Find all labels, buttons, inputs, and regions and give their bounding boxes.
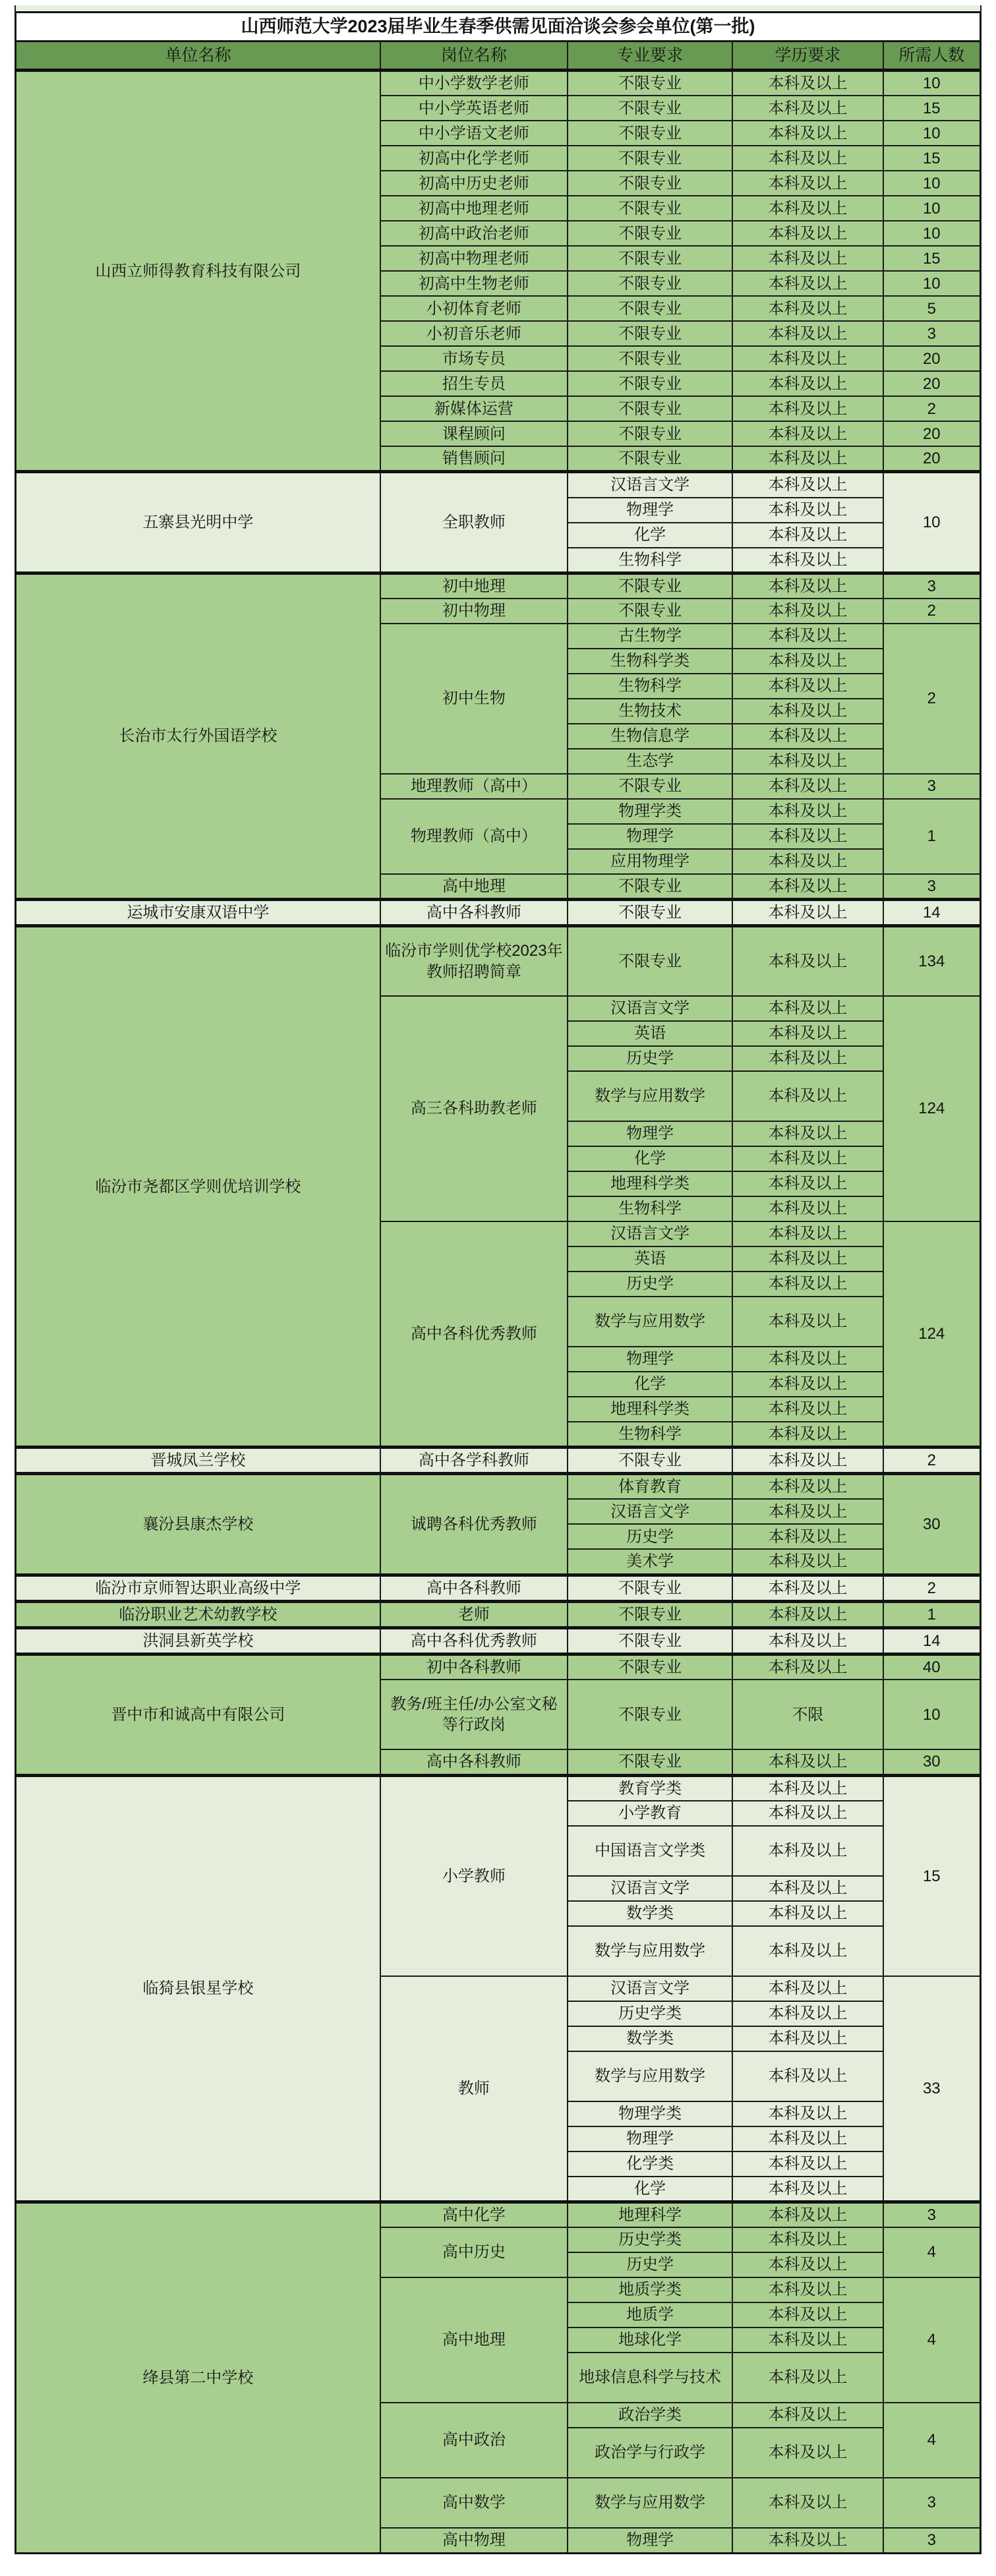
education-cell: 本科及以上 [732, 749, 883, 774]
page: 山西师范大学2023届毕业生春季供需见面洽谈会参会单位(第一批) 单位名称 岗位… [0, 0, 996, 2567]
count-cell: 3 [883, 774, 981, 799]
position-cell: 老师 [380, 1601, 568, 1627]
major-cell: 生物科学 [568, 548, 732, 573]
education-cell: 本科及以上 [732, 624, 883, 649]
education-cell: 本科及以上 [732, 849, 883, 874]
major-cell: 生物科学 [568, 674, 732, 699]
major-cell: 美术学 [568, 1549, 732, 1575]
table-row: 运城市安康双语中学高中各科教师不限专业本科及以上14 [16, 900, 981, 926]
education-cell: 本科及以上 [732, 523, 883, 548]
position-cell: 初中地理 [380, 573, 568, 599]
count-cell: 10 [883, 1680, 981, 1749]
count-cell: 15 [883, 1775, 981, 1976]
count-cell: 2 [883, 1448, 981, 1474]
education-cell: 本科及以上 [732, 2227, 883, 2252]
position-cell: 诚聘各科优秀教师 [380, 1474, 568, 1575]
major-cell: 不限专业 [568, 874, 732, 900]
education-cell: 本科及以上 [732, 96, 883, 121]
count-cell: 5 [883, 296, 981, 321]
education-cell: 本科及以上 [732, 1601, 883, 1627]
count-cell: 1 [883, 1601, 981, 1627]
company-cell: 五寨县光明中学 [16, 472, 380, 573]
education-cell: 本科及以上 [732, 2001, 883, 2026]
education-cell: 本科及以上 [732, 874, 883, 900]
major-cell: 物理学 [568, 824, 732, 849]
count-cell: 3 [883, 2202, 981, 2227]
education-cell: 本科及以上 [732, 1196, 883, 1221]
position-cell: 初高中政治老师 [380, 221, 568, 246]
major-cell: 化学 [568, 1372, 732, 1397]
count-cell: 3 [883, 321, 981, 346]
education-cell: 本科及以上 [732, 674, 883, 699]
education-cell: 本科及以上 [732, 221, 883, 246]
position-cell: 招生专员 [380, 371, 568, 396]
count-cell: 10 [883, 472, 981, 573]
count-cell: 3 [883, 573, 981, 599]
education-cell: 本科及以上 [732, 1499, 883, 1524]
education-cell: 本科及以上 [732, 1524, 883, 1549]
major-cell: 数学类 [568, 2026, 732, 2051]
position-cell: 小初体育老师 [380, 296, 568, 321]
major-cell: 生物科学类 [568, 649, 732, 674]
major-cell: 不限专业 [568, 573, 732, 599]
position-cell: 小初音乐老师 [380, 321, 568, 346]
count-cell: 10 [883, 171, 981, 196]
major-cell: 生物科学 [568, 1422, 732, 1448]
education-cell: 本科及以上 [732, 1901, 883, 1926]
major-cell: 化学 [568, 523, 732, 548]
position-cell: 全职教师 [380, 472, 568, 573]
major-cell: 生物科学 [568, 1196, 732, 1221]
count-cell: 15 [883, 246, 981, 271]
major-cell: 体育教育 [568, 1474, 732, 1500]
education-cell: 本科及以上 [732, 1422, 883, 1448]
major-cell: 物理学类 [568, 799, 732, 824]
education-cell: 本科及以上 [732, 1627, 883, 1654]
position-cell: 高中各科教师 [380, 1749, 568, 1775]
education-cell: 本科及以上 [732, 599, 883, 624]
education-cell: 本科及以上 [732, 1654, 883, 1680]
major-cell: 汉语言文学 [568, 1221, 732, 1246]
major-cell: 汉语言文学 [568, 1876, 732, 1901]
table-head: 山西师范大学2023届毕业生春季供需见面洽谈会参会单位(第一批) 单位名称 岗位… [16, 13, 981, 71]
major-cell: 化学 [568, 2177, 732, 2202]
education-cell: 本科及以上 [732, 421, 883, 446]
company-cell: 洪洞县新英学校 [16, 1627, 380, 1654]
major-cell: 地理科学 [568, 2202, 732, 2227]
count-cell: 15 [883, 146, 981, 171]
education-cell: 本科及以上 [732, 1372, 883, 1397]
education-cell: 本科及以上 [732, 2177, 883, 2202]
major-cell: 物理学 [568, 1347, 732, 1372]
education-cell: 本科及以上 [732, 171, 883, 196]
major-cell: 不限专业 [568, 1627, 732, 1654]
education-cell: 本科及以上 [732, 699, 883, 724]
major-cell: 地球化学 [568, 2327, 732, 2353]
major-cell: 物理学 [568, 1121, 732, 1146]
count-cell: 2 [883, 396, 981, 421]
position-cell: 高中各科教师 [380, 900, 568, 926]
education-cell: 不限 [732, 1680, 883, 1749]
education-cell: 本科及以上 [732, 2403, 883, 2428]
education-cell: 本科及以上 [732, 900, 883, 926]
major-cell: 古生物学 [568, 624, 732, 649]
major-cell: 不限专业 [568, 1680, 732, 1749]
table-row: 绛县第二中学校高中化学地理科学本科及以上3 [16, 2202, 981, 2227]
position-cell: 高中各学科教师 [380, 1448, 568, 1474]
major-cell: 不限专业 [568, 96, 732, 121]
title-row: 山西师范大学2023届毕业生春季供需见面洽谈会参会单位(第一批) [16, 13, 981, 42]
company-cell: 山西立师得教育科技有限公司 [16, 71, 380, 472]
count-cell: 10 [883, 71, 981, 96]
major-cell: 英语 [568, 1021, 732, 1046]
major-cell: 不限专业 [568, 446, 732, 472]
major-cell: 英语 [568, 1246, 732, 1272]
education-cell: 本科及以上 [732, 2152, 883, 2177]
count-cell: 10 [883, 196, 981, 221]
major-cell: 不限专业 [568, 1749, 732, 1775]
education-cell: 本科及以上 [732, 1021, 883, 1046]
major-cell: 数学与应用数学 [568, 1071, 732, 1121]
header-row: 单位名称 岗位名称 专业要求 学历要求 所需人数 [16, 42, 981, 71]
position-cell: 高中物理 [380, 2528, 568, 2553]
major-cell: 不限专业 [568, 321, 732, 346]
count-cell: 10 [883, 121, 981, 146]
education-cell: 本科及以上 [732, 996, 883, 1021]
position-cell: 初高中地理老师 [380, 196, 568, 221]
education-cell: 本科及以上 [732, 2277, 883, 2302]
position-cell: 高中数学 [380, 2478, 568, 2528]
table-row: 洪洞县新英学校高中各科优秀教师不限专业本科及以上14 [16, 1627, 981, 1654]
position-cell: 高中各科教师 [380, 1575, 568, 1601]
major-cell: 生物信息学 [568, 724, 732, 749]
education-cell: 本科及以上 [732, 2353, 883, 2403]
education-cell: 本科及以上 [732, 573, 883, 599]
major-cell: 不限专业 [568, 346, 732, 371]
education-cell: 本科及以上 [732, 1146, 883, 1171]
position-cell: 高中政治 [380, 2403, 568, 2478]
major-cell: 历史学 [568, 2252, 732, 2277]
position-cell: 地理教师（高中） [380, 774, 568, 799]
education-cell: 本科及以上 [732, 1826, 883, 1876]
position-cell: 初中生物 [380, 624, 568, 774]
position-cell: 初中物理 [380, 599, 568, 624]
major-cell: 历史学 [568, 1524, 732, 1549]
major-cell: 不限专业 [568, 121, 732, 146]
count-cell: 4 [883, 2403, 981, 2478]
header-count: 所需人数 [883, 42, 981, 71]
education-cell: 本科及以上 [732, 1474, 883, 1500]
major-cell: 教育学类 [568, 1775, 732, 1801]
position-cell: 销售顾问 [380, 446, 568, 472]
count-cell: 20 [883, 346, 981, 371]
count-cell: 20 [883, 446, 981, 472]
count-cell: 14 [883, 1627, 981, 1654]
major-cell: 不限专业 [568, 1448, 732, 1474]
major-cell: 不限专业 [568, 371, 732, 396]
education-cell: 本科及以上 [732, 2126, 883, 2152]
position-cell: 高三各科助教老师 [380, 996, 568, 1221]
education-cell: 本科及以上 [732, 1448, 883, 1474]
major-cell: 不限专业 [568, 1601, 732, 1627]
job-fair-table: 山西师范大学2023届毕业生春季供需见面洽谈会参会单位(第一批) 单位名称 岗位… [15, 11, 981, 2554]
company-cell: 临汾市京师智达职业高级中学 [16, 1575, 380, 1601]
education-cell: 本科及以上 [732, 296, 883, 321]
count-cell: 33 [883, 1976, 981, 2202]
major-cell: 不限专业 [568, 599, 732, 624]
major-cell: 不限专业 [568, 1654, 732, 1680]
position-cell: 中小学语文老师 [380, 121, 568, 146]
education-cell: 本科及以上 [732, 1575, 883, 1601]
count-cell: 2 [883, 599, 981, 624]
position-cell: 小学教师 [380, 1775, 568, 1976]
major-cell: 汉语言文学 [568, 1976, 732, 2001]
table-row: 晋中市和诚高中有限公司初中各科教师不限专业本科及以上40 [16, 1654, 981, 1680]
education-cell: 本科及以上 [732, 446, 883, 472]
education-cell: 本科及以上 [732, 2327, 883, 2353]
education-cell: 本科及以上 [732, 1926, 883, 1976]
position-cell: 初高中化学老师 [380, 146, 568, 171]
count-cell: 30 [883, 1749, 981, 1775]
position-cell: 初高中物理老师 [380, 246, 568, 271]
major-cell: 不限专业 [568, 146, 732, 171]
education-cell: 本科及以上 [732, 1976, 883, 2001]
major-cell: 物理学 [568, 2528, 732, 2553]
major-cell: 不限专业 [568, 221, 732, 246]
education-cell: 本科及以上 [732, 649, 883, 674]
education-cell: 本科及以上 [732, 396, 883, 421]
education-cell: 本科及以上 [732, 1121, 883, 1146]
major-cell: 数学与应用数学 [568, 2051, 732, 2101]
education-cell: 本科及以上 [732, 1397, 883, 1422]
education-cell: 本科及以上 [732, 2428, 883, 2478]
major-cell: 地球信息科学与技术 [568, 2353, 732, 2403]
major-cell: 生态学 [568, 749, 732, 774]
major-cell: 汉语言文学 [568, 1499, 732, 1524]
company-cell: 晋城凤兰学校 [16, 1448, 380, 1474]
company-cell: 晋中市和诚高中有限公司 [16, 1654, 380, 1775]
table-row: 晋城凤兰学校高中各学科教师不限专业本科及以上2 [16, 1448, 981, 1474]
table-row: 襄汾县康杰学校诚聘各科优秀教师体育教育本科及以上30 [16, 1474, 981, 1500]
position-cell: 市场专员 [380, 346, 568, 371]
table-body: 山西立师得教育科技有限公司中小学数学老师不限专业本科及以上10中小学英语老师不限… [16, 71, 981, 2554]
top-edge-strip [15, 5, 981, 11]
count-cell: 20 [883, 371, 981, 396]
position-cell: 高中地理 [380, 2277, 568, 2403]
table-row: 临汾市尧都区学则优培训学校临汾市学则优学校2023年教师招聘简章不限专业本科及以… [16, 926, 981, 996]
company-cell: 临汾市尧都区学则优培训学校 [16, 926, 380, 1448]
table-row: 临汾市京师智达职业高级中学高中各科教师不限专业本科及以上2 [16, 1575, 981, 1601]
major-cell: 不限专业 [568, 774, 732, 799]
position-cell: 高中化学 [380, 2202, 568, 2227]
major-cell: 历史学类 [568, 2001, 732, 2026]
education-cell: 本科及以上 [732, 346, 883, 371]
education-cell: 本科及以上 [732, 824, 883, 849]
education-cell: 本科及以上 [732, 2302, 883, 2327]
education-cell: 本科及以上 [732, 271, 883, 296]
education-cell: 本科及以上 [732, 2051, 883, 2101]
count-cell: 10 [883, 221, 981, 246]
company-cell: 长治市太行外国语学校 [16, 573, 380, 899]
education-cell: 本科及以上 [732, 498, 883, 523]
major-cell: 不限专业 [568, 271, 732, 296]
major-cell: 物理学 [568, 2126, 732, 2152]
major-cell: 不限专业 [568, 900, 732, 926]
table-title: 山西师范大学2023届毕业生春季供需见面洽谈会参会单位(第一批) [16, 13, 981, 42]
education-cell: 本科及以上 [732, 246, 883, 271]
position-cell: 高中历史 [380, 2227, 568, 2277]
count-cell: 20 [883, 421, 981, 446]
education-cell: 本科及以上 [732, 2026, 883, 2051]
major-cell: 历史学 [568, 1272, 732, 1297]
education-cell: 本科及以上 [732, 2528, 883, 2553]
education-cell: 本科及以上 [732, 371, 883, 396]
education-cell: 本科及以上 [732, 1221, 883, 1246]
major-cell: 政治学与行政学 [568, 2428, 732, 2478]
major-cell: 不限专业 [568, 246, 732, 271]
education-cell: 本科及以上 [732, 799, 883, 824]
education-cell: 本科及以上 [732, 121, 883, 146]
company-cell: 临猗县银星学校 [16, 1775, 380, 2202]
education-cell: 本科及以上 [732, 1272, 883, 1297]
major-cell: 地理科学类 [568, 1171, 732, 1196]
major-cell: 数学与应用数学 [568, 1926, 732, 1976]
education-cell: 本科及以上 [732, 774, 883, 799]
position-cell: 高中地理 [380, 874, 568, 900]
education-cell: 本科及以上 [732, 321, 883, 346]
count-cell: 1 [883, 799, 981, 874]
education-cell: 本科及以上 [732, 548, 883, 573]
count-cell: 15 [883, 96, 981, 121]
major-cell: 生物技术 [568, 699, 732, 724]
education-cell: 本科及以上 [732, 926, 883, 996]
count-cell: 4 [883, 2277, 981, 2403]
company-cell: 运城市安康双语中学 [16, 900, 380, 926]
major-cell: 不限专业 [568, 1575, 732, 1601]
position-cell: 高中各科优秀教师 [380, 1221, 568, 1448]
count-cell: 3 [883, 2528, 981, 2553]
education-cell: 本科及以上 [732, 1071, 883, 1121]
count-cell: 3 [883, 874, 981, 900]
major-cell: 化学类 [568, 2152, 732, 2177]
major-cell: 不限专业 [568, 926, 732, 996]
header-education: 学历要求 [732, 42, 883, 71]
position-cell: 课程顾问 [380, 421, 568, 446]
major-cell: 不限专业 [568, 171, 732, 196]
position-cell: 物理教师（高中） [380, 799, 568, 874]
header-major: 专业要求 [568, 42, 732, 71]
count-cell: 10 [883, 271, 981, 296]
position-cell: 教师 [380, 1976, 568, 2202]
major-cell: 不限专业 [568, 421, 732, 446]
major-cell: 汉语言文学 [568, 472, 732, 498]
major-cell: 地质学类 [568, 2277, 732, 2302]
major-cell: 不限专业 [568, 196, 732, 221]
education-cell: 本科及以上 [732, 472, 883, 498]
education-cell: 本科及以上 [732, 196, 883, 221]
education-cell: 本科及以上 [732, 1801, 883, 1826]
company-cell: 绛县第二中学校 [16, 2202, 380, 2553]
position-cell: 初高中生物老师 [380, 271, 568, 296]
count-cell: 134 [883, 926, 981, 996]
major-cell: 历史学类 [568, 2227, 732, 2252]
major-cell: 汉语言文学 [568, 996, 732, 1021]
major-cell: 数学类 [568, 1901, 732, 1926]
table-row: 临汾职业艺术幼教学校老师不限专业本科及以上1 [16, 1601, 981, 1627]
major-cell: 不限专业 [568, 296, 732, 321]
position-cell: 高中各科优秀教师 [380, 1627, 568, 1654]
education-cell: 本科及以上 [732, 146, 883, 171]
company-cell: 襄汾县康杰学校 [16, 1474, 380, 1575]
major-cell: 中国语言文学类 [568, 1826, 732, 1876]
table-row: 临猗县银星学校小学教师教育学类本科及以上15 [16, 1775, 981, 1801]
count-cell: 2 [883, 624, 981, 774]
major-cell: 地质学 [568, 2302, 732, 2327]
position-cell: 临汾市学则优学校2023年教师招聘简章 [380, 926, 568, 996]
position-cell: 初高中历史老师 [380, 171, 568, 196]
education-cell: 本科及以上 [732, 1876, 883, 1901]
major-cell: 物理学 [568, 498, 732, 523]
table-row: 山西立师得教育科技有限公司中小学数学老师不限专业本科及以上10 [16, 71, 981, 96]
count-cell: 40 [883, 1654, 981, 1680]
education-cell: 本科及以上 [732, 724, 883, 749]
major-cell: 应用物理学 [568, 849, 732, 874]
major-cell: 政治学类 [568, 2403, 732, 2428]
major-cell: 物理学类 [568, 2101, 732, 2126]
major-cell: 地理科学类 [568, 1397, 732, 1422]
count-cell: 124 [883, 996, 981, 1221]
education-cell: 本科及以上 [732, 1549, 883, 1575]
major-cell: 不限专业 [568, 71, 732, 96]
position-cell: 中小学英语老师 [380, 96, 568, 121]
education-cell: 本科及以上 [732, 2252, 883, 2277]
position-cell: 教务/班主任/办公室文秘等行政岗 [380, 1680, 568, 1749]
education-cell: 本科及以上 [732, 1046, 883, 1071]
position-cell: 新媒体运营 [380, 396, 568, 421]
education-cell: 本科及以上 [732, 1171, 883, 1196]
education-cell: 本科及以上 [732, 2101, 883, 2126]
count-cell: 3 [883, 2478, 981, 2528]
count-cell: 4 [883, 2227, 981, 2277]
education-cell: 本科及以上 [732, 1749, 883, 1775]
count-cell: 14 [883, 900, 981, 926]
education-cell: 本科及以上 [732, 71, 883, 96]
major-cell: 小学教育 [568, 1801, 732, 1826]
position-cell: 中小学数学老师 [380, 71, 568, 96]
major-cell: 化学 [568, 1146, 732, 1171]
company-cell: 临汾职业艺术幼教学校 [16, 1601, 380, 1627]
header-position: 岗位名称 [380, 42, 568, 71]
education-cell: 本科及以上 [732, 1775, 883, 1801]
table-row: 长治市太行外国语学校初中地理不限专业本科及以上3 [16, 573, 981, 599]
major-cell: 历史学 [568, 1046, 732, 1071]
major-cell: 数学与应用数学 [568, 2478, 732, 2528]
education-cell: 本科及以上 [732, 2478, 883, 2528]
header-company: 单位名称 [16, 42, 380, 71]
education-cell: 本科及以上 [732, 1246, 883, 1272]
education-cell: 本科及以上 [732, 1347, 883, 1372]
position-cell: 初中各科教师 [380, 1654, 568, 1680]
major-cell: 不限专业 [568, 396, 732, 421]
education-cell: 本科及以上 [732, 1297, 883, 1347]
table-row: 五寨县光明中学全职教师汉语言文学本科及以上10 [16, 472, 981, 498]
education-cell: 本科及以上 [732, 2202, 883, 2227]
count-cell: 2 [883, 1575, 981, 1601]
major-cell: 数学与应用数学 [568, 1297, 732, 1347]
count-cell: 124 [883, 1221, 981, 1448]
count-cell: 30 [883, 1474, 981, 1575]
